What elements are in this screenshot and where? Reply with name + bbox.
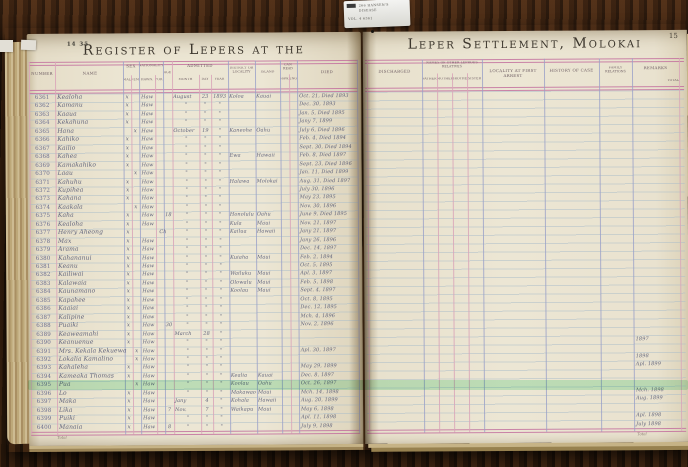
cell-number: 6361 (29, 94, 55, 102)
cell-adm-year: " (212, 262, 229, 270)
cell-adm-month: " (174, 186, 200, 194)
col-header-island: Island (255, 70, 280, 74)
cell-island: Maui (257, 219, 281, 227)
cell-adm-day: 23 (199, 93, 211, 101)
cell-adm-day: " (200, 203, 212, 211)
cell-name: Max (58, 237, 124, 246)
edge-sticker-2 (21, 40, 36, 51)
cell-nationality: Haw (141, 423, 157, 431)
cell-adm-day: " (201, 363, 213, 371)
cell-sex: x (123, 152, 131, 160)
cell-sex: x (123, 93, 131, 101)
cell-island: Maui (257, 287, 281, 295)
cell-sex: x (124, 313, 132, 321)
cell-name: Keanu (58, 262, 124, 271)
cell-adm-year: " (212, 228, 229, 236)
cell-adm-day: 28 (201, 329, 213, 337)
cell-district: Kailua (230, 228, 256, 236)
cell-adm-year: " (212, 296, 229, 304)
col-header-rel-brother: Brother (452, 77, 467, 81)
cell-island: Maui (257, 278, 281, 286)
cell-district: Kaneohe (229, 126, 255, 134)
cell-nationality: Haw (140, 195, 156, 203)
col-header-relatives-group: Names of other Leprous Relatives (422, 61, 482, 69)
cell-number: 6372 (30, 187, 56, 195)
cell-adm-day: 19 (199, 127, 211, 135)
cell-name: Henry Aheong (58, 229, 124, 238)
cell-sex: x (125, 423, 133, 431)
cell-sex: x (124, 262, 132, 270)
cell-number: 6367 (29, 144, 55, 152)
cell-number: 6375 (30, 212, 56, 220)
cell-district: Waikapu (231, 405, 257, 413)
cell-number: 6362 (29, 102, 55, 110)
cell-sex: x (124, 254, 132, 262)
cell-nationality: Haw (140, 271, 156, 279)
cell-nationality: Haw (141, 414, 157, 422)
cell-adm-month: " (175, 363, 201, 371)
cell-adm-day: " (200, 270, 212, 278)
cell-adm-year: " (211, 118, 228, 126)
cell-name: Kalawaia (58, 279, 124, 288)
cell-adm-day: " (200, 245, 212, 253)
cell-nationality: Haw (140, 304, 156, 312)
edge-sticker-1 (0, 40, 13, 52)
cell-adm-day: " (200, 262, 212, 270)
cell-adm-month: " (173, 118, 199, 126)
cell-sex: x (124, 212, 132, 220)
cell-adm-year: " (212, 194, 229, 202)
cell-adm-month: " (174, 160, 200, 168)
col-header-relations: Family Relations (599, 66, 632, 74)
cell-island: Molokai (257, 177, 281, 185)
cell-nationality: Haw (141, 389, 157, 397)
cell-adm-month: " (174, 296, 200, 304)
archival-label-tab: 266 HANSEN'S DISEASE VOL. 4 6361 (344, 0, 411, 28)
cell-adm-year: " (212, 287, 229, 295)
cell-adm-month: " (173, 110, 199, 118)
cell-name: Kahana (58, 195, 124, 204)
cell-name: Hana (57, 127, 123, 136)
col-header-admitted: Admitted (172, 64, 228, 69)
highlight-row-overlay (28, 380, 688, 390)
cell-adm-month: " (174, 211, 200, 219)
cell-name: Kamakahiko (58, 161, 124, 170)
col-header-rel-sister: Sister (467, 77, 482, 81)
cell-adm-year: " (212, 270, 229, 278)
cell-number: 6371 (30, 178, 56, 186)
cell-adm-year: " (213, 338, 230, 346)
cell-number: 6366 (29, 136, 55, 144)
barcode-icon (347, 4, 356, 8)
col-header-nat-foreign: For. (155, 78, 163, 82)
cell-sex: x (125, 321, 133, 329)
cell-island: Hawaii (258, 397, 282, 405)
cell-nationality: Ch (155, 228, 171, 236)
cell-sex: x (123, 102, 131, 110)
cell-adm-year: " (213, 397, 230, 405)
cell-name: Kahuhu (58, 178, 124, 187)
cell-nationality: Haw (140, 296, 156, 304)
cell-adm-month: " (174, 194, 200, 202)
cell-adm-month: " (173, 144, 199, 152)
col-header-adm-month: Month (172, 78, 199, 82)
cell-number: 6364 (29, 119, 55, 127)
cell-adm-month: " (175, 422, 201, 430)
cell-number: 6388 (31, 322, 57, 330)
cell-adm-day: " (200, 220, 212, 228)
cell-adm-day: " (199, 152, 211, 160)
cell-adm-day: " (200, 304, 212, 312)
cell-name: Kalipine (58, 313, 124, 322)
cell-number: 6368 (29, 153, 55, 161)
cell-sex: x (124, 178, 132, 186)
cell-adm-month: " (174, 262, 200, 270)
cell-nationality: Haw (141, 355, 157, 363)
cell-name: Arama (58, 245, 124, 254)
cell-nationality: Haw (140, 237, 156, 245)
cell-adm-year: " (212, 169, 229, 177)
cell-adm-month: " (173, 152, 199, 160)
cell-number: 6382 (30, 271, 56, 279)
cell-sex: x (131, 127, 139, 135)
cell-age: 30 (165, 321, 174, 329)
cell-adm-day: 4 (201, 397, 213, 405)
page-number: 15 (669, 32, 678, 40)
cell-name: Kealoha (57, 93, 123, 102)
remarks-total-note: Total (648, 79, 679, 83)
cell-adm-day: " (199, 144, 211, 152)
cell-name: Laau (58, 169, 124, 178)
cell-number: 6377 (30, 229, 56, 237)
cell-sex: x (124, 229, 132, 237)
cell-name: Keaweamahi (59, 330, 125, 339)
cell-nationality: Haw (139, 135, 155, 143)
cell-adm-month: " (174, 177, 200, 185)
cell-adm-day: " (201, 422, 213, 430)
cell-remarks: Apl. 1899 (636, 360, 680, 368)
cell-number: 6374 (30, 204, 56, 212)
ruled-lines-right (365, 90, 686, 430)
cell-adm-day: " (200, 160, 212, 168)
cell-adm-year: " (213, 321, 230, 329)
cell-adm-year: " (211, 101, 228, 109)
cell-district: Halawa (230, 177, 256, 185)
cell-number: 6389 (31, 330, 57, 338)
cell-adm-year: " (212, 160, 229, 168)
cell-sex: x (133, 347, 141, 355)
col-header-nationality: Nationality (137, 64, 165, 68)
cell-number: 6383 (30, 280, 56, 288)
cell-adm-day: " (201, 321, 213, 329)
cell-adm-day: " (200, 177, 212, 185)
col-header-adm-day: Day (199, 78, 211, 82)
cell-number: 6387 (30, 313, 56, 321)
cell-name: Puaiki (59, 322, 125, 331)
cell-sex: x (124, 271, 132, 279)
col-header-adm-year: Year (211, 78, 228, 82)
cell-adm-month: " (174, 304, 200, 312)
cell-adm-month: " (174, 237, 200, 245)
col-header-sex-female: Fem. (131, 78, 139, 82)
cell-adm-month: " (174, 228, 200, 236)
cell-name: Manaia (59, 423, 125, 432)
cell-sex: x (125, 364, 133, 372)
cell-sex: x (123, 136, 131, 144)
column-rules-right (363, 30, 687, 32)
col-header-rel-father: Father (422, 77, 437, 81)
cell-island: Kauai (258, 371, 282, 379)
corner-stamp: 14 35 (67, 42, 89, 48)
cell-name: Kailiwai (58, 271, 124, 280)
cell-adm-year: " (213, 346, 230, 354)
cell-district: Koolau (230, 287, 256, 295)
cell-adm-day: " (201, 355, 213, 363)
cell-name: Kapahee (58, 296, 124, 305)
cell-district: Honolulu (230, 211, 256, 219)
cell-number: 6380 (30, 254, 56, 262)
cell-adm-month: " (175, 338, 201, 346)
cell-district: Kealia (231, 371, 257, 379)
label-line-2: DISEASE (359, 8, 377, 13)
cell-sex: x (125, 389, 133, 397)
cell-adm-year: " (213, 372, 230, 380)
cell-number: 6363 (29, 111, 55, 119)
cell-adm-year: " (212, 236, 229, 244)
cell-adm-month: " (174, 287, 200, 295)
cell-name: Kekahuna (57, 119, 123, 128)
cell-nationality: Haw (140, 279, 156, 287)
cell-adm-day: " (200, 287, 212, 295)
register-rows-right: 18971898Apl. 1899Mch. 1898Aug. 1899Apl. … (363, 30, 687, 32)
cell-adm-day: " (201, 389, 213, 397)
cell-island: Hawaii (256, 152, 280, 160)
cell-adm-year: " (212, 279, 229, 287)
cell-number: 6381 (30, 263, 56, 271)
col-header-remarks: Remarks (632, 66, 679, 71)
column-rules-left (27, 32, 361, 34)
cell-sex: x (124, 237, 132, 245)
cell-adm-day: " (199, 101, 211, 109)
cell-name: Kahananui (58, 254, 124, 263)
cell-nationality: Haw (141, 406, 157, 414)
cell-nationality: Haw (141, 397, 157, 405)
cell-sex: x (124, 305, 132, 313)
label-line-3: VOL. 4 6361 (348, 16, 373, 21)
cell-sex: x (125, 330, 133, 338)
cell-name: Kaakala (58, 203, 124, 212)
cell-sex: x (125, 406, 133, 414)
cell-adm-year: " (213, 355, 230, 363)
cell-remarks: 1898 (636, 352, 680, 360)
cell-adm-month: " (175, 321, 201, 329)
cell-nationality: Haw (140, 161, 156, 169)
cell-island: Oahu (256, 126, 280, 134)
cell-adm-day: " (200, 194, 212, 202)
cell-district: Makawao (231, 388, 257, 396)
cell-age: 18 (164, 211, 173, 219)
cell-name: Kamanu (57, 102, 123, 111)
cell-adm-day: " (201, 414, 213, 422)
cell-island: Hawaii (257, 228, 281, 236)
cell-age: 8 (165, 423, 174, 431)
cell-sex: x (124, 296, 132, 304)
cell-name: Kahaleha (59, 364, 125, 373)
cell-nationality: Haw (140, 169, 156, 177)
cell-remarks: Aug. 1899 (636, 394, 680, 402)
cell-nationality: Haw (139, 152, 155, 160)
cell-adm-month: " (174, 313, 200, 321)
cell-adm-day: " (199, 135, 211, 143)
col-header-read-eng: Eng. (289, 77, 297, 81)
cell-sex: x (123, 119, 131, 127)
ledger-photo: Register of Lepers at the 14 35 Number N… (0, 0, 688, 467)
cell-adm-year: " (213, 405, 230, 413)
cell-adm-month: " (174, 169, 200, 177)
cell-adm-year: " (212, 211, 229, 219)
cell-nationality: Haw (140, 203, 156, 211)
cell-name: Lokalia Kamalino (59, 355, 125, 364)
cell-age: 7 (165, 406, 174, 414)
cell-name: Mrs. Kekala Kekuewa (59, 347, 125, 356)
cell-adm-month: " (174, 279, 200, 287)
cell-adm-year: " (212, 245, 229, 253)
cell-nationality: Haw (140, 313, 156, 321)
cell-adm-year: " (213, 363, 230, 371)
cell-nationality: Haw (141, 364, 157, 372)
cell-sex: x (132, 203, 140, 211)
cell-sex: x (133, 355, 141, 363)
right-footer-total: Total (637, 431, 647, 436)
cell-adm-month: " (173, 101, 199, 109)
cell-adm-day: " (200, 169, 212, 177)
cell-name: Kaaiai (58, 305, 124, 314)
cell-nationality: Haw (140, 220, 156, 228)
cell-name: Kaha (58, 212, 124, 221)
cell-number: 6369 (30, 161, 56, 169)
cell-island: Maui (258, 405, 282, 413)
cell-adm-month: October (173, 127, 199, 135)
cell-name: Kahea (57, 153, 123, 162)
col-header-locality: Locality at First Arrest (482, 69, 544, 79)
cell-name: Kaunamano (58, 288, 124, 297)
cell-sex: x (132, 169, 140, 177)
col-header-number: Number (29, 72, 55, 77)
cell-name: Keanuenue (59, 338, 125, 347)
cell-adm-month: " (174, 270, 200, 278)
cell-adm-year: 1893 (211, 93, 228, 101)
cell-adm-day: " (200, 253, 212, 261)
cell-number: 6390 (31, 339, 57, 347)
cell-adm-day: " (201, 346, 213, 354)
cell-number: 6386 (30, 305, 56, 313)
cell-adm-day: " (200, 236, 212, 244)
cell-number: 6378 (30, 237, 56, 245)
cell-adm-day: 7 (201, 405, 213, 413)
col-header-rel-mother: Mother (437, 77, 452, 81)
cell-name: Puiki (59, 414, 125, 423)
cell-adm-day: " (200, 279, 212, 287)
cell-adm-month: " (175, 389, 201, 397)
header-top-rule-right (365, 58, 684, 64)
cell-nationality: Haw (140, 262, 156, 270)
cell-district: Olowalu (230, 278, 256, 286)
cell-nationality: Haw (140, 254, 156, 262)
cell-sex: x (124, 186, 132, 194)
cell-name: Kahiko (57, 136, 123, 145)
cell-sex: x (124, 195, 132, 203)
cell-nationality: Haw (140, 178, 156, 186)
cell-nationality: Haw (141, 330, 157, 338)
cell-adm-day: " (200, 296, 212, 304)
cell-adm-month: " (174, 253, 200, 261)
cell-sex: x (124, 279, 132, 287)
cell-nationality: Haw (139, 102, 155, 110)
cell-adm-year: " (211, 135, 228, 143)
cell-adm-year: " (212, 177, 229, 185)
col-header-district: District or Locality (228, 67, 255, 75)
register-rows-left: 6361KealohaxHawAugust231893KoloaKauaiOct… (27, 32, 361, 34)
cell-number: 6398 (31, 406, 57, 414)
cell-number: 6391 (31, 347, 57, 355)
cell-nationality: Haw (141, 321, 157, 329)
cell-number: 6365 (29, 128, 55, 136)
cell-district: Koloa (229, 93, 255, 101)
cell-sex: x (124, 161, 132, 169)
cell-adm-month: " (175, 414, 201, 422)
cell-adm-year: " (212, 312, 229, 320)
cell-nationality: Haw (139, 119, 155, 127)
cell-number: 6373 (30, 195, 56, 203)
col-header-history: History of Case (544, 68, 599, 73)
cell-adm-month: Jany (175, 397, 201, 405)
cell-adm-month: " (174, 245, 200, 253)
cell-name: Lika (59, 406, 125, 415)
cell-adm-day: " (200, 211, 212, 219)
cell-adm-month: August (173, 93, 199, 101)
cell-sex: x (124, 220, 132, 228)
cell-nationality: Haw (140, 211, 156, 219)
cell-nationality: Haw (140, 288, 156, 296)
cell-number: 6393 (31, 364, 57, 372)
cell-island: Kauai (256, 92, 280, 100)
cell-district: Kula (230, 219, 256, 227)
cell-adm-year: " (211, 127, 228, 135)
cell-number: 6392 (31, 356, 57, 364)
cell-number: 6376 (30, 221, 56, 229)
cell-adm-year: " (213, 414, 230, 422)
cell-nationality: Haw (141, 347, 157, 355)
label-dot (371, 30, 374, 33)
cell-adm-year: " (213, 422, 230, 430)
cell-district: Kohala (231, 397, 257, 405)
cell-remarks: 1897 (636, 335, 680, 343)
cell-adm-month: " (174, 220, 200, 228)
cell-adm-month: " (175, 372, 201, 380)
cell-name: Kupihea (58, 186, 124, 195)
cell-adm-month: Nov. (175, 406, 201, 414)
cell-name: Maka (59, 398, 125, 407)
cell-adm-year: " (212, 219, 229, 227)
cell-nationality: Haw (139, 93, 155, 101)
cell-number: 6396 (31, 390, 57, 398)
cell-island: Maui (257, 253, 281, 261)
cell-number: 6379 (30, 246, 56, 254)
cell-adm-year: " (213, 329, 230, 337)
cell-name: Kailio (57, 144, 123, 153)
cell-sex: x (123, 144, 131, 152)
cell-adm-month: " (173, 135, 199, 143)
